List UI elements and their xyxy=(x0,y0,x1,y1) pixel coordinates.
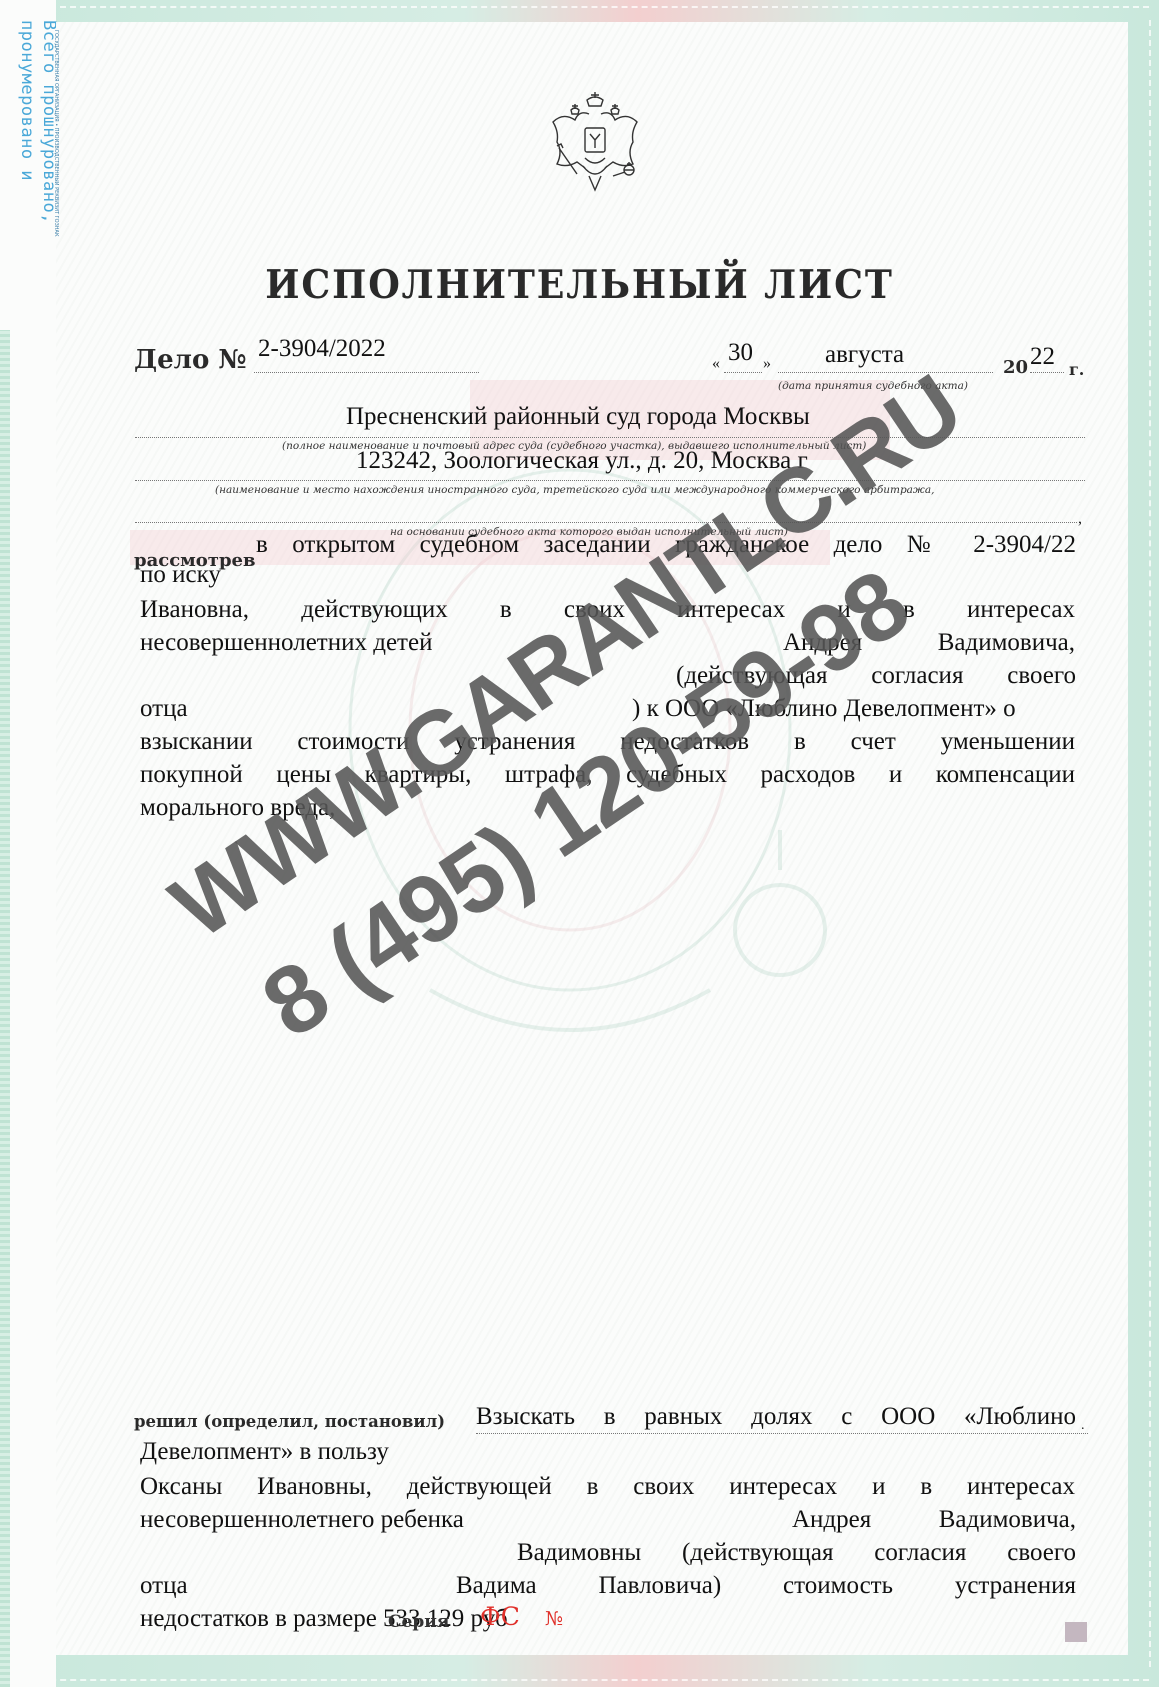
series-label: Серия xyxy=(388,1612,449,1632)
coat-of-arms-icon xyxy=(545,88,645,208)
decision-label: решил (определил, постановил) xyxy=(134,1412,445,1431)
date-day-line xyxy=(724,372,762,373)
series-code: ФС xyxy=(480,1602,520,1631)
date-year-suffix: 22 xyxy=(1030,343,1055,371)
date-open-quote: « xyxy=(712,355,720,373)
court-address: 123242, Зоологическая ул., д. 20, Москва… xyxy=(356,447,808,475)
date-month: августа xyxy=(825,341,904,369)
border-dash-bottom xyxy=(0,1655,1149,1681)
green-edge xyxy=(0,330,10,1687)
decision-line-4-left: несовершеннолетнего ребенка xyxy=(140,1505,540,1535)
date-month-line xyxy=(778,372,993,373)
case-number-line xyxy=(254,372,479,373)
binding-strip: Всего прошнуровано, пронумеровано и xyxy=(0,0,56,1687)
claim-line-1: по иску xyxy=(140,560,290,590)
stamp-line-2: пронумеровано и xyxy=(16,20,38,224)
decision-line-6-left: отца xyxy=(140,1571,220,1601)
date-year-line xyxy=(1030,372,1064,373)
border-dash-right xyxy=(1129,20,1151,1667)
date-day: 30 xyxy=(728,339,753,367)
corner-marker xyxy=(1065,1622,1087,1642)
case-number-label: Дело № xyxy=(134,345,247,375)
decision-first-line: Взыскать в равных долях с ООО «Люблино xyxy=(476,1402,1076,1432)
decision-line-4-right: Андрея Вадимовича, xyxy=(792,1505,1076,1535)
decision-end-dot: . xyxy=(1081,1418,1085,1434)
date-close-quote: » xyxy=(763,355,771,373)
date-year-unit: г. xyxy=(1069,360,1084,379)
decision-line-2: Девелопмент» в пользу xyxy=(140,1437,440,1467)
claim-line-5-left: отца xyxy=(140,694,220,724)
case-number: 2-3904/2022 xyxy=(258,335,386,363)
decision-line-3: Оксаны Ивановны, действующей в своих инт… xyxy=(140,1472,1075,1502)
series-number-label: № xyxy=(545,1608,563,1630)
decision-line-5-right: Вадимовны (действующая согласия своего xyxy=(517,1538,1076,1568)
decision-first-line-underline xyxy=(476,1433,1088,1434)
foreign-court-line xyxy=(135,522,1077,523)
court-address-line xyxy=(135,480,1085,481)
decision-line-6-right: Вадима Павловича) стоимость устранения xyxy=(456,1571,1076,1601)
court-name: Пресненский районный суд города Москвы xyxy=(346,403,810,431)
document-title: ИСПОЛНИТЕЛЬНЫЙ ЛИСТ xyxy=(41,262,1119,308)
date-year-prefix: 20 xyxy=(1003,357,1028,378)
line-comma: , xyxy=(1078,510,1082,528)
